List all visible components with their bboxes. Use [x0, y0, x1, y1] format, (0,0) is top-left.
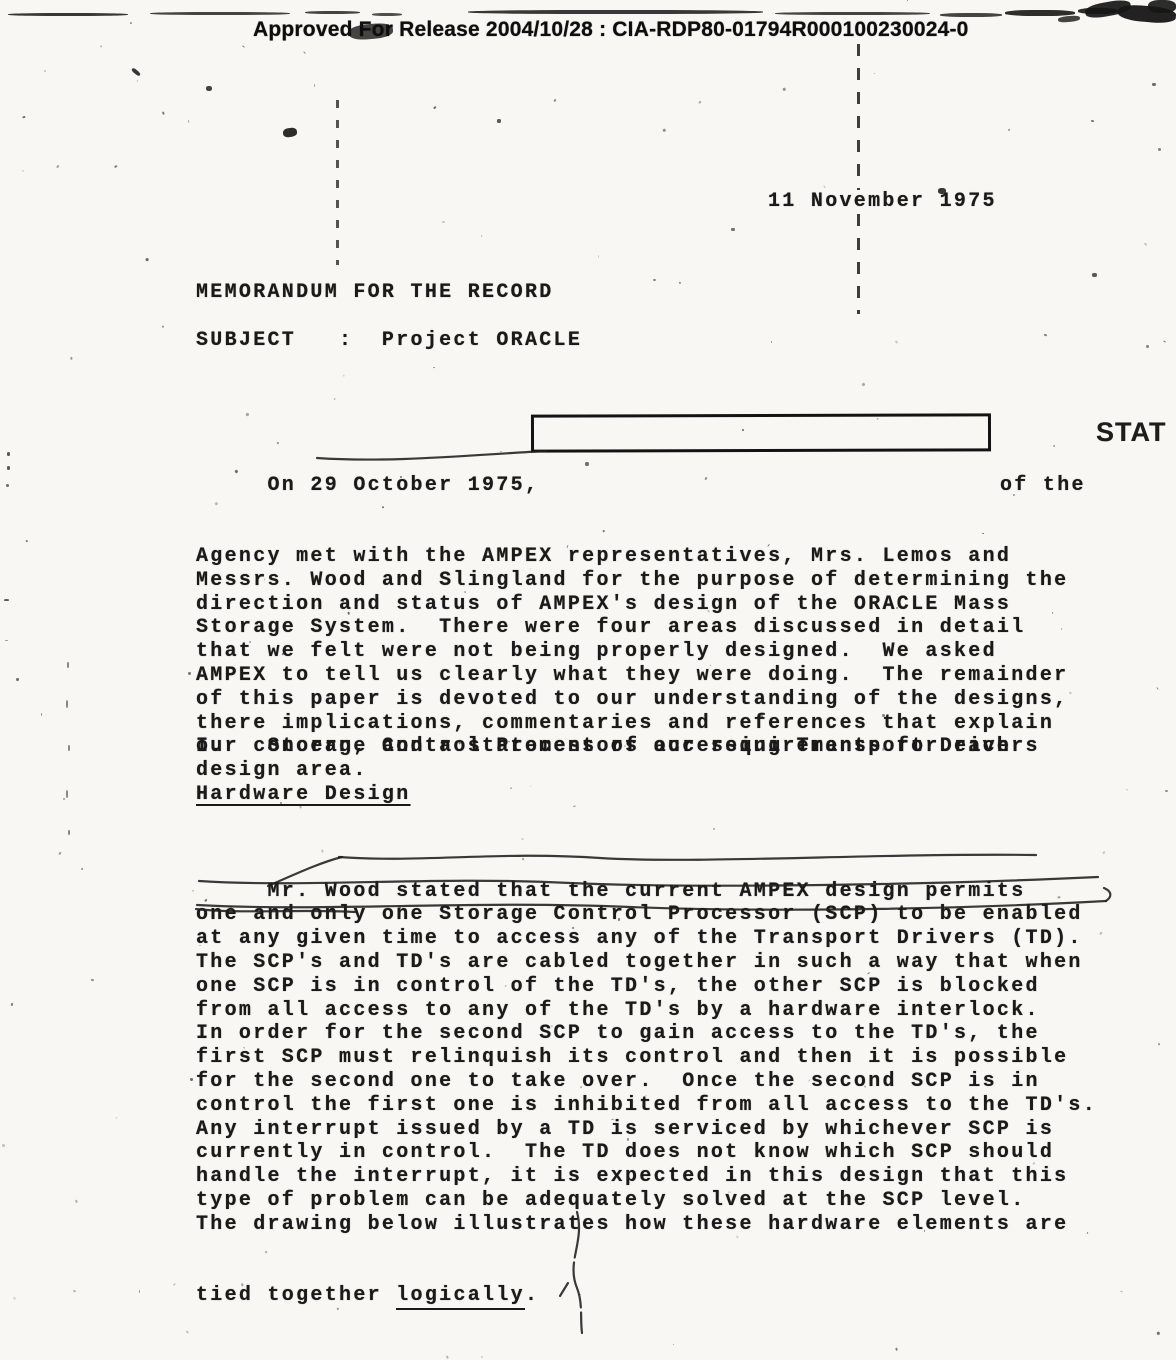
- scan-speckle: [11, 1003, 14, 1006]
- scan-speckle: [1163, 340, 1166, 343]
- scan-speckle: [1148, 0, 1176, 13]
- scan-speckle: [679, 282, 681, 284]
- text-line: currently in control. The TD does not kn…: [196, 1141, 1097, 1165]
- scan-speckle: [861, 382, 865, 386]
- paragraph-lines: Mr. Wood stated that the current AMPEX d…: [196, 880, 1097, 1237]
- scan-speckle: [1158, 1043, 1161, 1045]
- scan-speckle: [130, 22, 132, 24]
- scan-speckle: [206, 86, 212, 91]
- date-line: 11 November 1975: [768, 190, 997, 214]
- scan-speckle: [333, 398, 336, 400]
- scan-speckle: [137, 80, 139, 82]
- scan-speckle: [116, 1117, 118, 1119]
- document-page: Approved For Release 2004/10/28 : CIA-RD…: [0, 0, 1176, 1360]
- text-line: Agency met with the AMPEX representative…: [196, 545, 1068, 569]
- scan-speckle: [1005, 10, 1075, 16]
- text-line: AMPEX to tell us clearly what they were …: [196, 664, 1068, 688]
- scan-speckle: [1099, 932, 1102, 935]
- memo-title: MEMORANDUM FOR THE RECORD: [196, 281, 554, 305]
- scan-speckle: [446, 1355, 449, 1358]
- scan-speckle: [1146, 345, 1149, 348]
- scan-speckle: [442, 221, 445, 223]
- scan-speckle: [343, 375, 344, 377]
- scan-speckle: [553, 99, 556, 102]
- scan-speckle: [303, 51, 306, 54]
- text-line: control the first one is inhibited from …: [196, 1094, 1097, 1118]
- scan-speckle: [1058, 15, 1080, 23]
- scan-speckle: [91, 979, 94, 981]
- scan-speckle: [895, 340, 898, 343]
- scan-speckle: [1102, 851, 1105, 854]
- scan-speckle: [114, 165, 117, 168]
- text-line: The drawing below illustrates how these …: [196, 1213, 1097, 1237]
- text-line: design area.: [196, 759, 1068, 783]
- scan-speckle: [305, 11, 360, 14]
- scan-speckle: [731, 228, 735, 231]
- scan-speckle: [314, 84, 315, 87]
- scan-speckle: [139, 1290, 140, 1293]
- scan-speckle: [22, 169, 25, 172]
- scan-speckle: [598, 255, 599, 258]
- scan-speckle: [1156, 687, 1159, 690]
- scan-speckle: [5, 640, 8, 641]
- text-line: In order for the second SCP to gain acce…: [196, 1022, 1097, 1046]
- scan-speckle: [146, 258, 149, 261]
- scan-speckle: [4, 599, 9, 601]
- scan-speckle: [1158, 148, 1161, 151]
- scan-speckle: [653, 279, 656, 281]
- scan-speckle: [775, 12, 930, 15]
- text-line: Any interrupt issued by a TD is serviced…: [196, 1118, 1097, 1142]
- scan-speckle: [44, 70, 47, 73]
- scan-speckle: [23, 116, 26, 119]
- scan-speckle: [481, 1356, 483, 1358]
- scan-line-artifact: [336, 100, 339, 265]
- scan-speckle: [1044, 334, 1047, 337]
- scan-speckle: [663, 128, 666, 132]
- text-line: for the second one to take over. Once th…: [196, 1070, 1097, 1094]
- scan-speckle: [68, 830, 70, 835]
- scan-speckle: [16, 678, 19, 681]
- text-line: direction and status of AMPEX's design o…: [196, 593, 1068, 617]
- paragraph-opening: On 29 October 1975,of the Agency met wit…: [196, 426, 1068, 831]
- scan-speckle: [242, 45, 245, 47]
- scan-speckle: [2, 1144, 6, 1147]
- scan-speckle: [162, 111, 165, 114]
- scan-speckle: [698, 101, 702, 104]
- scan-speckle: [56, 165, 59, 168]
- scan-speckle: [1008, 129, 1010, 131]
- scan-speckle: [67, 662, 69, 668]
- text-line: Messrs. Wood and Slingland for the purpo…: [196, 569, 1068, 593]
- scan-speckle: [70, 357, 72, 360]
- text-line: handle the interrupt, it is expected in …: [196, 1165, 1097, 1189]
- scan-speckle: [783, 87, 786, 91]
- scan-speckle: [497, 119, 501, 123]
- scan-speckle: [58, 852, 61, 856]
- text-line: Storage System. There were four areas di…: [196, 616, 1068, 640]
- scan-speckle: [433, 367, 435, 368]
- scan-speckle: [1069, 691, 1072, 694]
- text-line: one and only one Storage Control Process…: [196, 903, 1097, 927]
- scan-speckle: [6, 484, 9, 487]
- scan-speckle: [188, 120, 190, 123]
- scan-speckle: [99, 45, 102, 47]
- scan-speckle: [372, 13, 402, 16]
- text-line: tied together logically.: [196, 1284, 1097, 1308]
- paragraph-hardware-design: Mr. Wood stated that the current AMPEX d…: [196, 832, 1097, 1356]
- scan-speckle: [13, 1296, 16, 1299]
- scan-line-artifact: [857, 214, 860, 314]
- text-line: that we felt were not being properly des…: [196, 640, 1068, 664]
- last-line-suffix: .: [525, 1284, 539, 1307]
- scan-speckle: [131, 67, 141, 76]
- scan-speckle: [41, 713, 42, 716]
- scan-speckle: [162, 326, 164, 328]
- scan-speckle: [7, 466, 10, 470]
- scan-speckle: [190, 1078, 193, 1081]
- scan-speckle: [73, 1290, 76, 1293]
- scan-speckle: [468, 10, 763, 14]
- text-line: there implications, commentaries and ref…: [196, 712, 1068, 736]
- scan-speckle: [907, 0, 908, 1]
- text-line: one SCP is in control of the TD's, the o…: [196, 975, 1097, 999]
- scan-speckle: [1126, 789, 1128, 791]
- text-line: first SCP must relinquish its control an…: [196, 1046, 1097, 1070]
- release-stamp: Approved For Release 2004/10/28 : CIA-RD…: [253, 18, 969, 42]
- scan-speckle: [8, 13, 128, 16]
- subsection-heading: Hardware Design: [196, 783, 411, 807]
- text-line: at any given time to access any of the T…: [196, 927, 1097, 951]
- opening-line-text: On 29 October 1975,: [196, 474, 539, 497]
- text-line: On 29 October 1975,of the: [196, 474, 1068, 498]
- scan-line-artifact: [857, 44, 860, 190]
- text-line: from all access to any of the TD's by a …: [196, 999, 1097, 1023]
- scan-speckle: [433, 106, 436, 109]
- subject-line: SUBJECT : Project ORACLE: [196, 329, 582, 353]
- scan-speckle: [1152, 83, 1156, 86]
- scan-speckle: [1091, 120, 1094, 122]
- scan-speckle: [1092, 273, 1097, 277]
- scan-speckle: [75, 1200, 78, 1203]
- after-redaction-text: of the: [1000, 474, 1086, 498]
- scan-speckle: [823, 185, 826, 188]
- scan-speckle: [1120, 1290, 1123, 1292]
- scan-speckle: [66, 700, 68, 708]
- underlined-word: logically: [396, 1284, 525, 1310]
- scan-speckle: [26, 540, 28, 542]
- scan-speckle: [940, 13, 1002, 17]
- redaction-box: [531, 413, 991, 452]
- scan-speckle: [480, 235, 482, 238]
- scan-speckle: [771, 341, 772, 343]
- text-line: The SCP's and TD's are cabled together i…: [196, 951, 1097, 975]
- scan-speckle: [192, 890, 194, 892]
- scan-speckle: [874, 73, 876, 75]
- text-line: Mr. Wood stated that the current AMPEX d…: [196, 880, 1097, 904]
- stat-marking: STAT: [1096, 417, 1167, 448]
- scan-speckle: [150, 12, 290, 15]
- last-line-prefix: tied together: [196, 1284, 396, 1307]
- scan-speckle: [68, 745, 70, 751]
- scan-speckle: [246, 413, 249, 416]
- scan-speckle: [282, 127, 297, 138]
- scan-speckle: [81, 868, 84, 871]
- scan-speckle: [1144, 242, 1148, 245]
- text-line: type of problem can be adequately solved…: [196, 1189, 1097, 1213]
- scan-speckle: [173, 1283, 176, 1286]
- section-heading: I. Storage Control Processors accessing …: [196, 735, 1040, 759]
- scan-speckle: [63, 798, 66, 801]
- scan-speckle: [188, 672, 191, 675]
- text-line: of this paper is devoted to our understa…: [196, 688, 1068, 712]
- scan-speckle: [7, 452, 10, 456]
- scan-speckle: [66, 790, 68, 798]
- scan-speckle: [1165, 790, 1168, 792]
- scan-speckle: [1157, 1331, 1160, 1335]
- scan-speckle: [186, 1330, 189, 1333]
